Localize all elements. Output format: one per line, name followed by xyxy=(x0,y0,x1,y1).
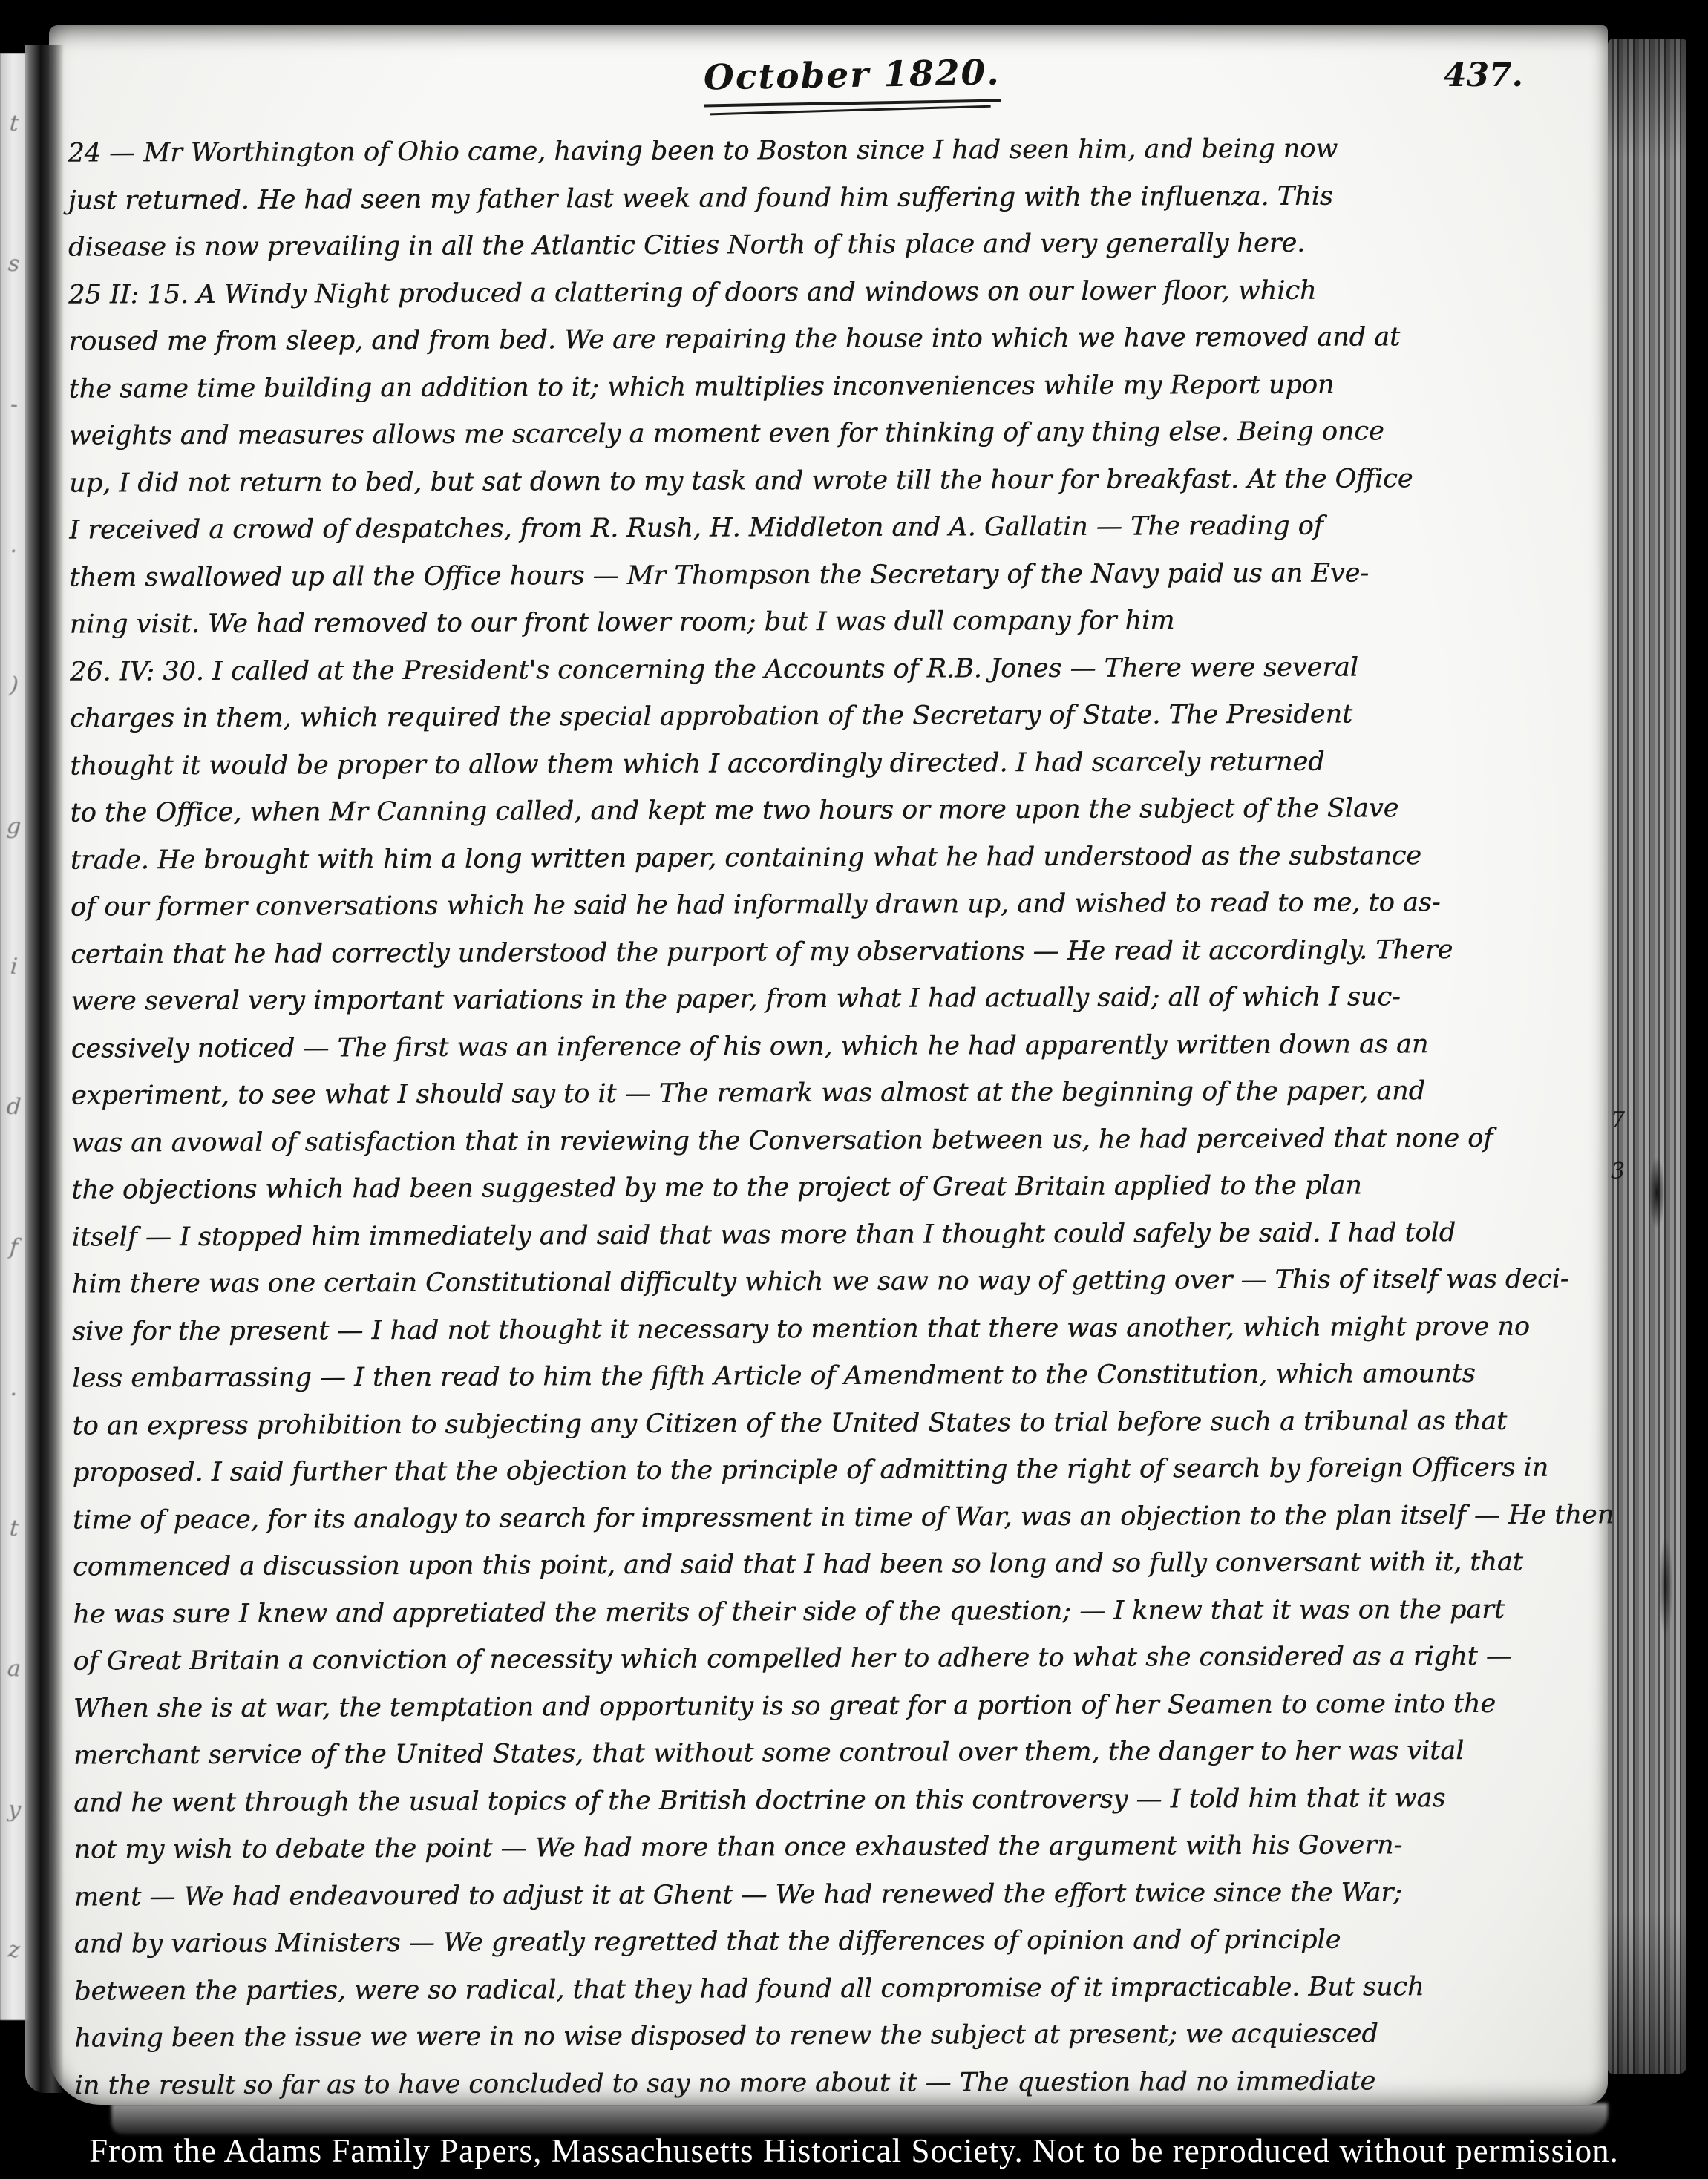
ink-fragment: z xyxy=(7,1936,21,1963)
manuscript-line: less embarrassing — I then read to him t… xyxy=(72,1350,1595,1403)
ink-fragment: - xyxy=(10,391,19,418)
manuscript-line: proposed. I said further that the object… xyxy=(73,1444,1596,1497)
manuscript-line: itself — I stopped him immediately and s… xyxy=(71,1209,1594,1262)
ink-fragment: t xyxy=(9,111,19,137)
ink-fragment: s xyxy=(7,251,21,278)
ink-fragment: i xyxy=(10,954,19,980)
manuscript-line: to an express prohibition to subjecting … xyxy=(72,1397,1595,1450)
manuscript-text: 24 — Mr Worthington of Ohio came, having… xyxy=(68,125,1597,2109)
manuscript-line: he was sure I knew and appretiated the m… xyxy=(73,1586,1596,1639)
ink-fragment: f xyxy=(9,1234,19,1261)
manuscript-line: When she is at war, the temptation and o… xyxy=(73,1680,1597,1733)
manuscript-line: disease is now prevailing in all the Atl… xyxy=(68,219,1591,272)
ink-fragment: a xyxy=(7,1656,22,1682)
manuscript-line: and he went through the usual topics of … xyxy=(73,1775,1597,1827)
manuscript-line: certain that he had correctly understood… xyxy=(71,926,1594,979)
manuscript-line: ning visit. We had removed to our front … xyxy=(70,596,1593,649)
book-page-edges xyxy=(1608,39,1686,2074)
manuscript-line: was an avowal of satisfaction that in re… xyxy=(71,1115,1594,1167)
credit-line: From the Adams Family Papers, Massachuse… xyxy=(0,2132,1708,2170)
manuscript-line: thought it would be proper to allow them… xyxy=(70,738,1593,790)
manuscript-line: merchant service of the United States, t… xyxy=(73,1727,1597,1780)
ink-fragment: g xyxy=(6,813,22,839)
manuscript-line: just returned. He had seen my father las… xyxy=(68,172,1591,225)
ink-fragment: y xyxy=(7,1796,21,1823)
previous-page-edge: ts-.)gidf.tayz xyxy=(0,53,28,2020)
right-edge-ink-marks: 73 xyxy=(1611,1107,1625,1184)
manuscript-line: the objections which had been suggested … xyxy=(71,1161,1594,1214)
manuscript-line: in the result so far as to have conclude… xyxy=(74,2057,1597,2110)
manuscript-line: time of peace, for its analogy to search… xyxy=(73,1492,1596,1544)
manuscript-line: cessively noticed — The first was an inf… xyxy=(71,1020,1594,1073)
manuscript-line: to the Office, when Mr Canning called, a… xyxy=(70,784,1593,837)
ink-fragment: t xyxy=(9,1516,19,1542)
ink-fragment: d xyxy=(6,1093,22,1120)
manuscript-line: having been the issue we were in no wise… xyxy=(74,2010,1597,2062)
manuscript-line: were several very important variations i… xyxy=(71,973,1594,1026)
manuscript-line: experiment, to see what I should say to … xyxy=(71,1067,1594,1120)
manuscript-scan: ts-.)gidf.tayz 73 October 1820. 437. 24 … xyxy=(0,0,1708,2179)
ink-fragment: 3 xyxy=(1611,1159,1625,1184)
manuscript-line: ment — We had endeavoured to adjust it a… xyxy=(74,1869,1597,1921)
page-number: 437. xyxy=(1444,56,1523,94)
manuscript-line: 26. IV: 30. I called at the President's … xyxy=(70,643,1593,696)
manuscript-line: weights and measures allows me scarcely … xyxy=(69,407,1592,460)
ink-fragment: . xyxy=(10,1374,19,1401)
manuscript-line: commenced a discussion upon this point, … xyxy=(73,1539,1596,1591)
manuscript-line: of our former conversations which he sai… xyxy=(71,879,1594,931)
ink-fragment: ) xyxy=(9,672,19,699)
manuscript-line: not my wish to debate the point — We had… xyxy=(73,1821,1597,1874)
manuscript-line: roused me from sleep, and from bed. We a… xyxy=(68,313,1591,366)
manuscript-line: I received a crowd of despatches, from R… xyxy=(69,502,1592,554)
manuscript-line: them swallowed up all the Office hours —… xyxy=(69,549,1592,602)
manuscript-line: and by various Ministers — We greatly re… xyxy=(74,1916,1597,1968)
manuscript-line: of Great Britain a conviction of necessi… xyxy=(73,1633,1596,1685)
manuscript-line: 25 II: 15. A Windy Night produced a clat… xyxy=(68,266,1591,319)
manuscript-line: sive for the present — I had not thought… xyxy=(72,1303,1595,1356)
manuscript-line: between the parties, were so radical, th… xyxy=(74,1963,1597,2016)
ink-fragment: . xyxy=(10,532,19,559)
page-date-heading: October 1820. xyxy=(703,53,1001,108)
binding-gutter-shadow xyxy=(25,45,64,2093)
manuscript-line: 24 — Mr Worthington of Ohio came, having… xyxy=(68,125,1591,177)
manuscript-text-block: October 1820. 437. 24 — Mr Worthington o… xyxy=(71,55,1594,2107)
manuscript-line: trade. He brought with him a long writte… xyxy=(71,832,1594,885)
manuscript-line: the same time building an addition to it… xyxy=(68,361,1591,413)
page-header: October 1820. 437. xyxy=(71,55,1594,128)
ink-fragment: 7 xyxy=(1611,1107,1625,1133)
manuscript-line: him there was one certain Constitutional… xyxy=(72,1256,1595,1308)
manuscript-line: charges in them, which required the spec… xyxy=(70,690,1593,743)
manuscript-line: up, I did not return to bed, but sat dow… xyxy=(69,455,1592,508)
